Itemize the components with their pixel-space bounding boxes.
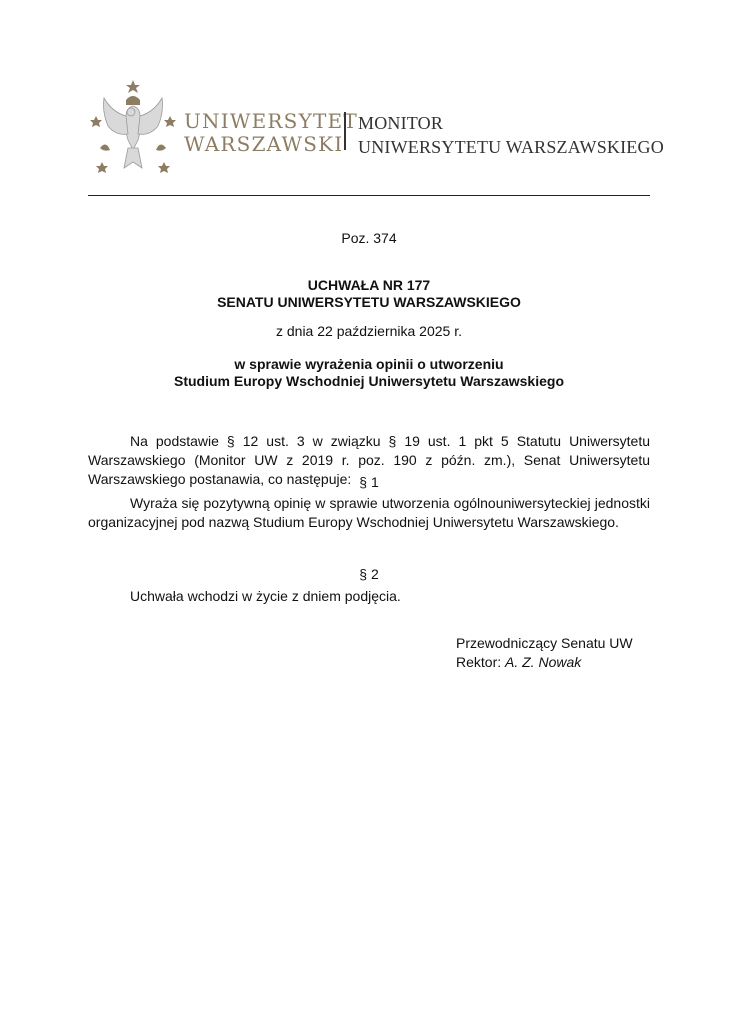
title-line-1: UCHWAŁA NR 177	[88, 277, 650, 294]
title-line-2: SENATU UNIWERSYTETU WARSZAWSKIEGO	[88, 294, 650, 311]
header-divider	[88, 195, 650, 196]
publication-line-1: MONITOR	[358, 111, 664, 135]
university-line-2: WARSZAWSKI	[184, 133, 358, 156]
university-line-1: UNIWERSYTET	[184, 110, 358, 133]
eagle-crest-icon	[88, 78, 178, 182]
signature-role: Przewodniczący Senatu UW	[456, 634, 633, 653]
publication-name: MONITOR UNIWERSYTETU WARSZAWSKIEGO	[358, 111, 664, 159]
university-name: UNIWERSYTET WARSZAWSKI	[184, 110, 358, 156]
section-2-text: Uchwała wchodzi w życie z dniem podjęcia…	[130, 588, 401, 604]
section-1-text: Wyraża się pozytywną opinię w sprawie ut…	[88, 494, 650, 532]
subject-line-2: Studium Europy Wschodniej Uniwersytetu W…	[88, 373, 650, 390]
publication-line-2: UNIWERSYTETU WARSZAWSKIEGO	[358, 135, 664, 159]
position-number: Poz. 374	[88, 230, 650, 246]
document-page: UNIWERSYTET WARSZAWSKI MONITOR UNIWERSYT…	[0, 0, 738, 1024]
signature-rector: Rektor: A. Z. Nowak	[456, 653, 633, 672]
signature-title: Rektor:	[456, 654, 501, 670]
document-title: UCHWAŁA NR 177 SENATU UNIWERSYTETU WARSZ…	[88, 277, 650, 311]
section-1-body: Wyraża się pozytywną opinię w sprawie ut…	[88, 495, 650, 530]
subject-line-1: w sprawie wyrażenia opinii o utworzeniu	[88, 356, 650, 373]
section-1-label: § 1	[88, 474, 650, 490]
signature-block: Przewodniczący Senatu UW Rektor: A. Z. N…	[456, 634, 633, 672]
section-2-label: § 2	[88, 566, 650, 582]
signature-name: A. Z. Nowak	[505, 654, 581, 670]
document-date: z dnia 22 października 2025 r.	[88, 323, 650, 339]
document-subject: w sprawie wyrażenia opinii o utworzeniu …	[88, 356, 650, 390]
header-separator	[344, 112, 346, 150]
